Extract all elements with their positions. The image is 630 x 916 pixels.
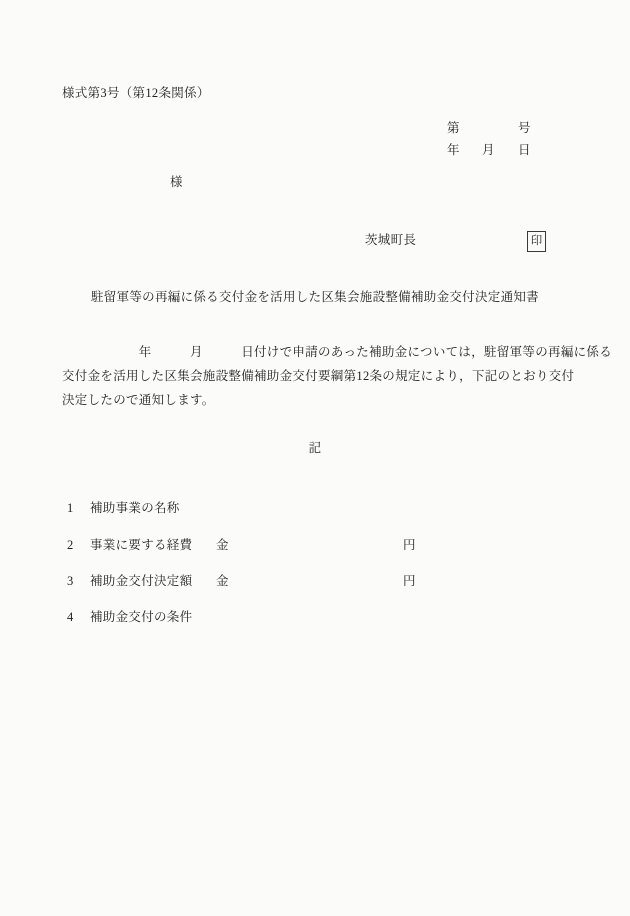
sender-title: 茨城町長 [365, 232, 416, 248]
list-item: 4 補助金交付の条件 [0, 609, 630, 625]
item-currency-prefix: 金 [216, 573, 229, 589]
section-marker: 記 [0, 440, 630, 456]
document-title: 駐留軍等の再編に係る交付金を活用した区集会施設整備補助金交付決定通知書 [0, 289, 630, 305]
list-item: 3 補助金交付決定額 金 円 [0, 573, 630, 589]
body-paragraph: 年 月 日付けで申請のあった補助金については，駐留軍等の再編に係る 交付金を活用… [62, 340, 622, 412]
body-line: 年 月 日付けで申請のあった補助金については，駐留軍等の再編に係る [62, 340, 622, 364]
item-label: 補助事業の名称 [90, 500, 180, 516]
item-label: 補助金交付の条件 [90, 609, 192, 625]
item-currency-unit: 円 [403, 537, 416, 553]
item-number: 2 [67, 537, 73, 553]
date-month-label: 月 [482, 142, 495, 158]
item-label: 事業に要する経費 [90, 537, 192, 553]
item-label: 補助金交付決定額 [90, 573, 192, 589]
date-day-label: 日 [518, 142, 531, 158]
doc-number-prefix: 第 [447, 120, 460, 136]
body-line: 決定したので通知します。 [62, 388, 622, 412]
item-number: 3 [67, 573, 73, 589]
item-currency-prefix: 金 [216, 537, 229, 553]
body-line: 交付金を活用した区集会施設整備補助金交付要綱第12条の規定により，下記のとおり交… [62, 364, 622, 388]
list-item: 1 補助事業の名称 [0, 500, 630, 516]
doc-number-suffix: 号 [518, 120, 531, 136]
seal-mark-icon: 印 [527, 231, 546, 252]
form-number: 様式第3号（第12条関係） [62, 85, 210, 101]
item-number: 4 [67, 609, 73, 625]
document-page: 様式第3号（第12条関係） 第 号 年 月 日 様 茨城町長 印 駐留軍等の再編… [0, 0, 630, 916]
addressee-honorific: 様 [170, 174, 183, 190]
date-year-label: 年 [447, 142, 460, 158]
item-number: 1 [67, 500, 73, 516]
list-item: 2 事業に要する経費 金 円 [0, 537, 630, 553]
item-currency-unit: 円 [403, 573, 416, 589]
